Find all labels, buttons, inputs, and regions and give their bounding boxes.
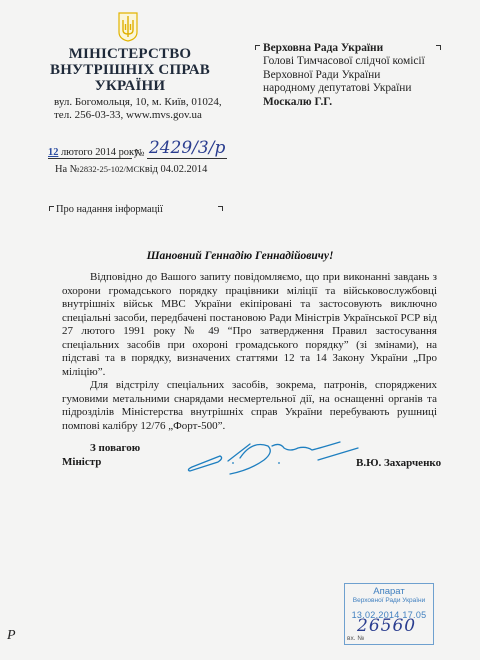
signer-name: В.Ю. Захарченко [356,457,441,469]
addressee-position: Голові Тимчасової слідчої комісії [263,55,425,68]
addressee-name: Москалю Г.Г. [263,96,425,109]
date-day: 12 [48,147,58,158]
closing-block: З повагою Міністр [62,442,140,469]
stamp-org: Верховної Ради України [345,597,433,604]
body-paragraph-2: Для відстрілу спеціальних засобів, зокре… [62,379,437,433]
ref-prefix: На № [55,164,80,175]
closing-regards: З повагою [62,442,140,456]
subject-line: Про надання інформації [56,204,163,215]
ukraine-crest-icon [118,12,138,42]
ref-from-label: від [145,164,158,175]
addressee-position-cont: Верховної Ради України [263,69,425,82]
outgoing-number: 2429/3/р [149,138,225,158]
signature-icon [180,430,370,490]
ministry-name: МІНІСТЕРСТВО ВНУТРІШНІХ СПРАВ УКРАЇНИ [40,46,220,94]
salutation: Шановний Геннадію Геннадійовичу! [0,250,480,262]
ministry-address: вул. Богомольця, 10, м. Київ, 01024, тел… [54,96,222,122]
reference-line: На №2832-25-102/МСКвід 04.02.2014 [55,164,207,175]
corner-handwritten-mark: Р [7,628,16,644]
ministry-line-3: УКРАЇНИ [40,78,220,94]
address-line-1: вул. Богомольця, 10, м. Київ, 01024, [54,96,222,109]
ref-number: 2832-25-102/МСК [80,164,145,174]
stamp-number: 26560 [357,616,416,636]
address-line-2: тел. 256-03-33, www.mvs.gov.ua [54,109,222,122]
stamp-in-label: вх. № [347,635,364,642]
outgoing-registration: 12 лютого 2014 року № 2429/3/р [48,138,227,159]
stamp-title: Апарат [345,586,433,597]
incoming-stamp: Апарат Верховної Ради України 13.02.2014… [344,583,434,645]
addressee-title: народному депутатові України [263,82,425,95]
body-paragraph-1: Відповідно до Вашого запиту повідомляємо… [62,271,437,379]
addressee-block: Верховна Рада України Голові Тимчасової … [263,42,425,109]
letter-body: Відповідно до Вашого запиту повідомляємо… [62,271,437,433]
ministry-line-1: МІНІСТЕРСТВО [40,46,220,62]
date-month-year: лютого 2014 року [61,147,139,158]
ref-date: 04.02.2014 [161,164,208,175]
addressee-org: Верховна Рада України [263,42,425,55]
number-label: № [135,148,145,159]
signer-position: Міністр [62,456,140,470]
ministry-line-2: ВНУТРІШНІХ СПРАВ [40,62,220,78]
